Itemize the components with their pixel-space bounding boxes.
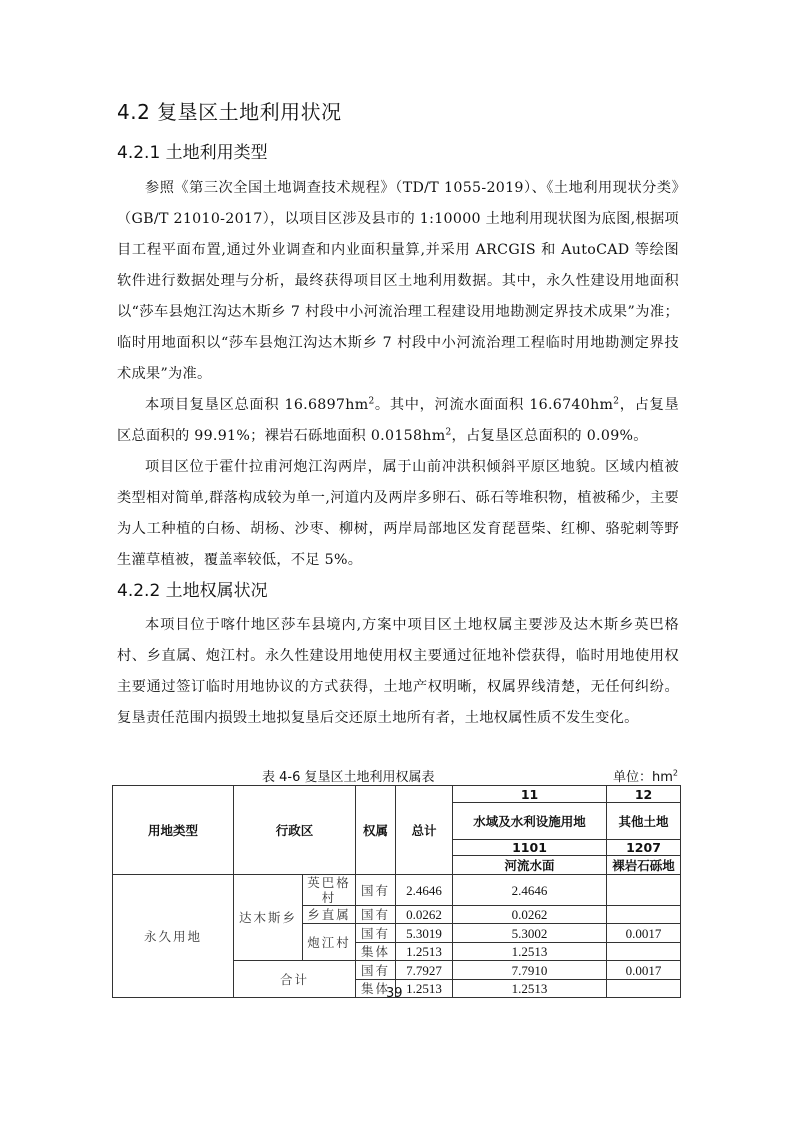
header-ownership: 权属 xyxy=(356,786,396,875)
cell-ownership: 国有 xyxy=(356,906,396,924)
header-admin-region: 行政区 xyxy=(234,786,356,875)
header-code-12: 12 xyxy=(607,786,681,803)
cell-ownership: 国有 xyxy=(356,924,396,943)
header-name-1207: 裸岩石砾地 xyxy=(607,856,681,875)
header-name-11: 水域及水利设施用地 xyxy=(453,803,607,840)
cell-1207: 0.0017 xyxy=(607,924,681,943)
document-page: 4.2 复垦区土地利用状况 4.2.1 土地利用类型 参照《第三次全国土地调查技… xyxy=(0,0,793,1122)
header-name-1101: 河流水面 xyxy=(453,856,607,875)
cell-1101: 1.2513 xyxy=(453,943,607,961)
page-number: 39 xyxy=(386,986,403,1001)
table-row: 永久用地 达木斯乡 英巴格村 国有 2.4646 2.4646 xyxy=(113,875,681,906)
header-total: 总计 xyxy=(396,786,453,875)
cell-total: 2.4646 xyxy=(396,875,453,906)
cell-ownership: 国有 xyxy=(356,961,396,980)
cell-1101: 7.7910 xyxy=(453,961,607,980)
cell-total: 1.2513 xyxy=(396,980,453,998)
cell-1101: 2.4646 xyxy=(453,875,607,906)
paragraph-terrain-vegetation: 项目区位于霍什拉甫河炮江沟两岸，属于山前冲洪积倾斜平原区地貌。区域内植被类型相对… xyxy=(117,452,679,576)
cell-1101: 1.2513 xyxy=(453,980,607,998)
cell-1101: 0.0262 xyxy=(453,906,607,924)
cell-ownership: 国有 xyxy=(356,875,396,906)
cell-total: 1.2513 xyxy=(396,943,453,961)
paragraph-land-use-method: 参照《第三次全国土地调查技术规程》（TD/T 1055-2019）、《土地利用现… xyxy=(117,173,679,390)
cell-total: 7.7927 xyxy=(396,961,453,980)
cell-township: 达木斯乡 xyxy=(234,875,303,961)
land-ownership-table: 用地类型 行政区 权属 总计 11 12 水域及水利设施用地 其他土地 1101… xyxy=(112,785,681,998)
cell-1207 xyxy=(607,906,681,924)
table-caption: 表 4-6 复垦区土地利用权属表 单位：hm2 xyxy=(112,766,680,784)
cell-1207 xyxy=(607,943,681,961)
cell-ownership: 集体 xyxy=(356,943,396,961)
subsection-heading-land-ownership: 4.2.2 土地权属状况 xyxy=(117,576,268,601)
cell-village: 乡直属 xyxy=(303,906,356,924)
section-heading: 4.2 复垦区土地利用状况 xyxy=(117,96,342,125)
subsection-heading-land-use-type: 4.2.1 土地利用类型 xyxy=(117,138,268,163)
cell-1207 xyxy=(607,980,681,998)
cell-village: 炮江村 xyxy=(303,924,356,961)
table-unit: 单位：hm2 xyxy=(613,766,678,785)
paragraph-area-summary: 本项目复垦区总面积 16.6897hm2。其中，河流水面面积 16.6740hm… xyxy=(117,390,679,452)
header-land-type: 用地类型 xyxy=(113,786,234,875)
paragraph-ownership: 本项目位于喀什地区莎车县境内,方案中项目区土地权属主要涉及达木斯乡英巴格村、乡直… xyxy=(117,610,679,734)
cell-1207 xyxy=(607,875,681,906)
header-code-11: 11 xyxy=(453,786,607,803)
cell-village: 英巴格村 xyxy=(303,875,356,906)
cell-total: 5.3019 xyxy=(396,924,453,943)
cell-1207: 0.0017 xyxy=(607,961,681,980)
cell-subtotal-label: 合计 xyxy=(234,961,356,998)
cell-total: 0.0262 xyxy=(396,906,453,924)
header-code-1101: 1101 xyxy=(453,840,607,856)
header-code-1207: 1207 xyxy=(607,840,681,856)
cell-1101: 5.3002 xyxy=(453,924,607,943)
table-title: 表 4-6 复垦区土地利用权属表 xyxy=(262,766,435,785)
header-name-12: 其他土地 xyxy=(607,803,681,840)
cell-land-type: 永久用地 xyxy=(113,875,234,998)
